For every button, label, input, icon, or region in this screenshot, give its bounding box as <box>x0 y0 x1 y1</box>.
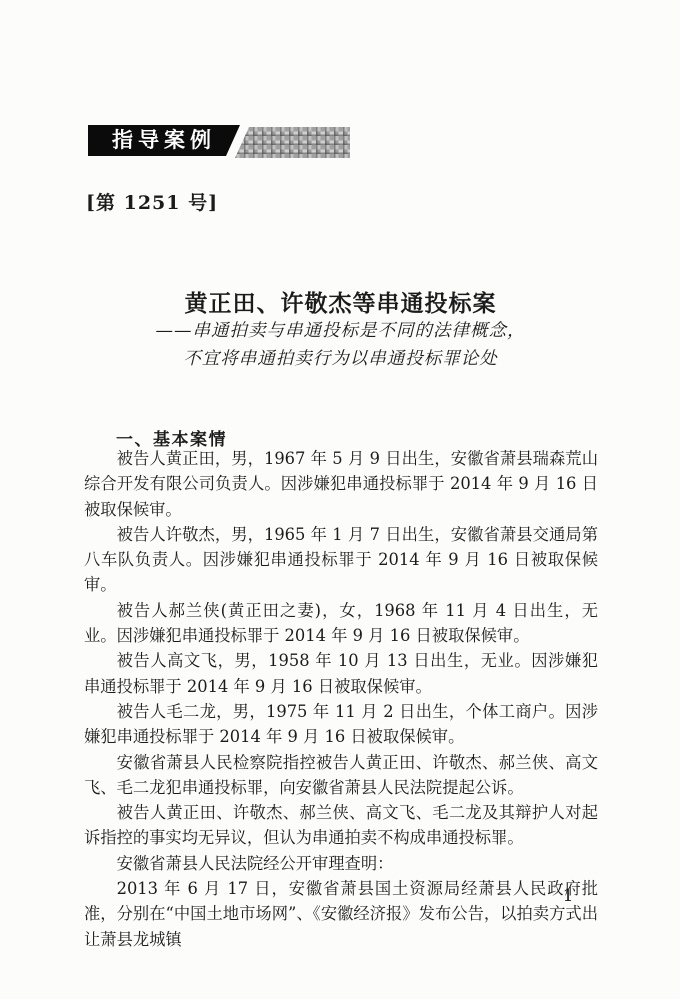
guiding-case-banner: 指导案例 <box>88 125 240 156</box>
body-text: 被告人黄正田，男，1967 年 5 月 9 日出生，安徽省萧县瑞森荒山综合开发有… <box>84 446 598 952</box>
case-title: 黄正田、许敬杰等串通投标案 <box>83 285 598 318</box>
case-subtitle-line1: ——串通拍卖与串通投标是不同的法律概念， <box>83 317 598 342</box>
page-number: 1 <box>556 886 580 906</box>
paragraph-defendant-hao: 被告人郝兰侠(黄正田之妻)，女，1968 年 11 月 4 日出生，无业。因涉嫌… <box>84 598 598 649</box>
document-page: 指导案例 [第 1251 号] 黄正田、许敬杰等串通投标案 ——串通拍卖与串通投… <box>0 0 680 999</box>
paragraph-court-finding-intro: 安徽省萧县人民法院经公开审理查明： <box>84 851 598 876</box>
paragraph-auction-announcement: 2013 年 6 月 17 日，安徽省萧县国土资源局经萧县人民政府批准，分别在“… <box>84 876 598 952</box>
paragraph-prosecution: 安徽省萧县人民检察院指控被告人黄正田、许敬杰、郝兰侠、高文飞、毛二龙犯串通投标罪… <box>84 750 598 801</box>
paragraph-defendant-huang: 被告人黄正田，男，1967 年 5 月 9 日出生，安徽省萧县瑞森荒山综合开发有… <box>84 446 598 522</box>
paragraph-defendant-mao: 被告人毛二龙，男，1975 年 11 月 2 日出生，个体工商户。因涉嫌犯串通投… <box>84 699 598 750</box>
header-band: 指导案例 <box>88 125 358 159</box>
paragraph-defense-opinion: 被告人黄正田、许敬杰、郝兰侠、高文飞、毛二龙及其辩护人对起诉指控的事实均无异议，… <box>84 800 598 851</box>
banner-texture-pattern <box>235 127 350 158</box>
paragraph-defendant-gao: 被告人高文飞，男，1958 年 10 月 13 日出生，无业。因涉嫌犯串通投标罪… <box>84 648 598 699</box>
case-number: [第 1251 号] <box>86 188 218 215</box>
case-subtitle-line2: 不宜将串通拍卖行为以串通投标罪论处 <box>83 345 598 370</box>
paragraph-defendant-xu: 被告人许敬杰，男，1965 年 1 月 7 日出生，安徽省萧县交通局第八车队负责… <box>84 522 598 598</box>
